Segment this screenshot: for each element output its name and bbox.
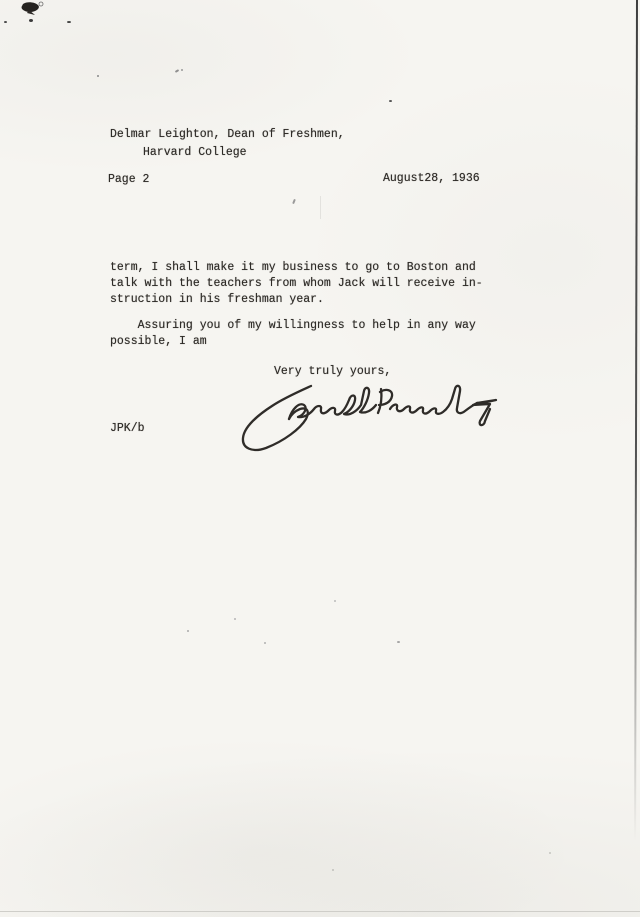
scan-speck bbox=[175, 69, 179, 73]
scan-speck bbox=[389, 100, 392, 102]
scan-speck bbox=[29, 19, 33, 22]
scan-speck bbox=[187, 630, 189, 632]
letter-page: Delmar Leighton, Dean of Freshmen, Harva… bbox=[0, 0, 640, 917]
scan-bottom-line bbox=[0, 911, 640, 912]
scan-edge-line bbox=[634, 0, 638, 858]
scan-speck bbox=[332, 869, 334, 871]
scan-speck bbox=[234, 618, 236, 620]
signature bbox=[238, 379, 548, 459]
scan-faint-line bbox=[320, 196, 321, 219]
recipient-line-1: Delmar Leighton, Dean of Freshmen, bbox=[110, 127, 345, 143]
scan-speck bbox=[181, 69, 183, 71]
letter-date: August28, 1936 bbox=[383, 171, 480, 187]
scan-speck bbox=[4, 21, 7, 23]
scan-speck bbox=[67, 21, 71, 23]
scan-speck bbox=[264, 642, 266, 644]
body-paragraph-1: term, I shall make it my business to go … bbox=[110, 260, 483, 309]
body-paragraph-2: Assuring you of my willingness to help i… bbox=[110, 318, 476, 350]
scan-speck bbox=[334, 600, 336, 602]
typist-initials: JPK/b bbox=[110, 421, 145, 437]
ink-blot bbox=[0, 0, 60, 30]
recipient-line-2: Harvard College bbox=[143, 145, 247, 161]
scan-speck bbox=[397, 641, 400, 643]
complimentary-close: Very truly yours, bbox=[274, 364, 391, 380]
scan-speck bbox=[97, 75, 99, 77]
scan-speck bbox=[549, 852, 551, 854]
page-number: Page 2 bbox=[108, 172, 149, 188]
scan-speck bbox=[292, 199, 296, 204]
